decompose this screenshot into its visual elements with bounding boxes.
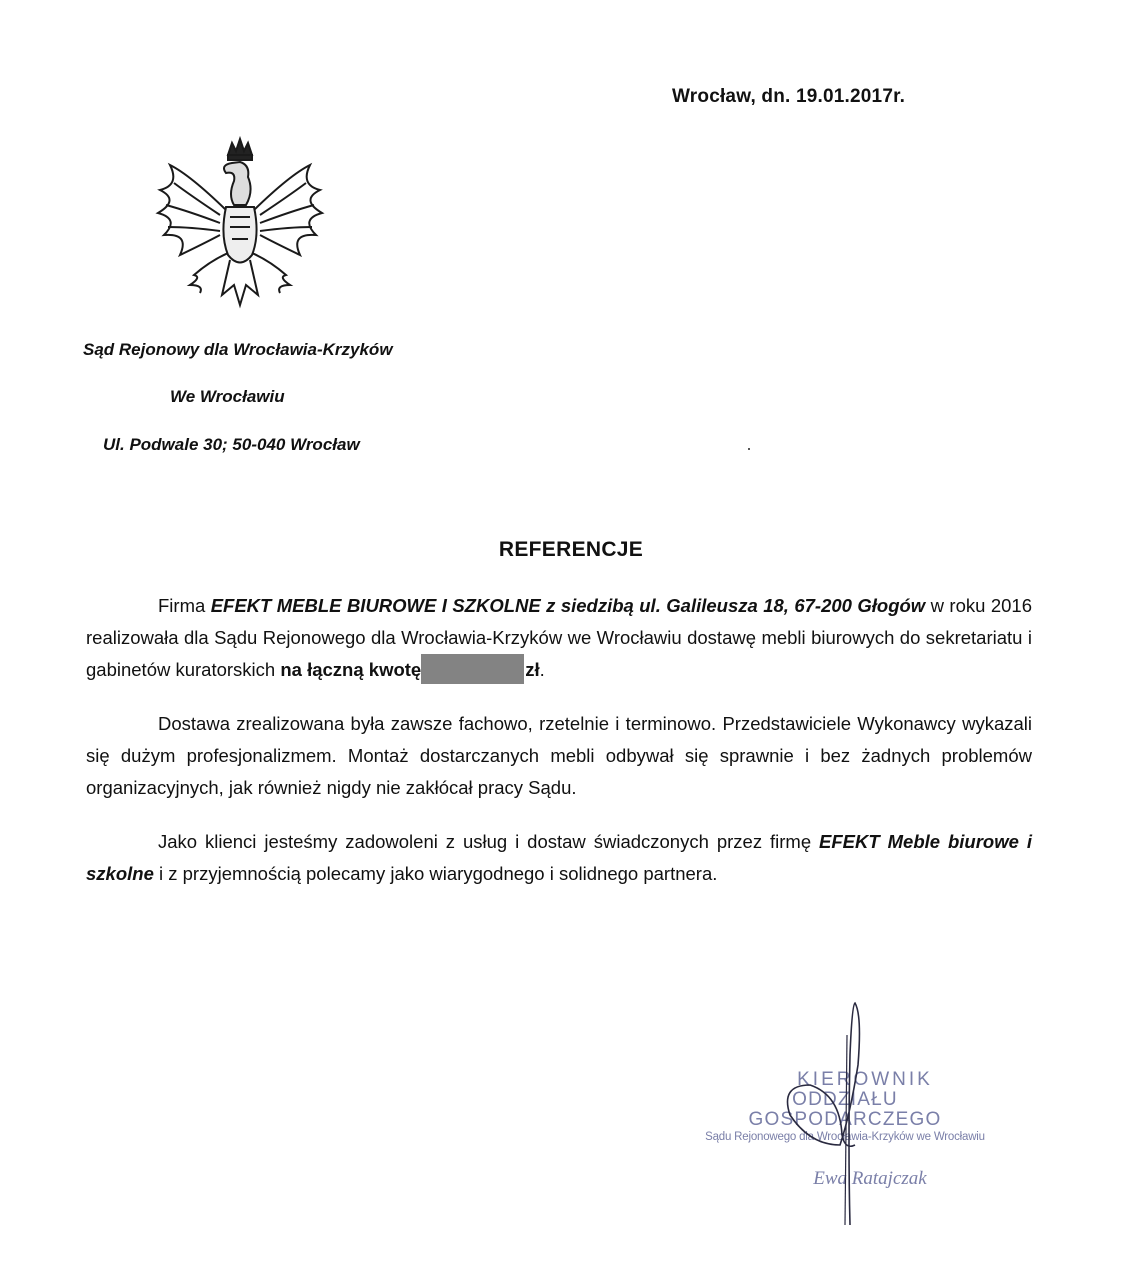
- sender-city: We Wrocławiu: [170, 387, 285, 407]
- p1-end: .: [540, 659, 545, 680]
- date-line: Wrocław, dn. 19.01.2017r.: [672, 86, 905, 108]
- redacted-amount: [421, 654, 524, 684]
- document-title: REFERENCJE: [0, 538, 1136, 562]
- company-name: EFEKT MEBLE BIUROWE I SZKOLNE z siedzibą…: [211, 595, 926, 616]
- sender-address: Ul. Podwale 30; 50-040 Wrocław: [103, 435, 360, 455]
- p1-intro: Firma: [158, 595, 211, 616]
- amount-label: na łączną kwotę: [280, 659, 421, 680]
- currency: zł: [525, 659, 539, 680]
- stray-dot: [748, 448, 750, 450]
- p3-intro: Jako klienci jesteśmy zadowoleni z usług…: [158, 831, 819, 852]
- document-title-text: REFERENCJE: [499, 538, 643, 561]
- p3-end: i z przyjemnością polecamy jako wiarygod…: [154, 863, 718, 884]
- eagle-emblem-icon: [150, 135, 330, 315]
- paragraph-1: Firma EFEKT MEBLE BIUROWE I SZKOLNE z si…: [86, 590, 1032, 686]
- paragraph-2: Dostawa zrealizowana była zawsze fachowo…: [86, 708, 1032, 804]
- signature-icon: [690, 995, 1000, 1235]
- sender-name: Sąd Rejonowy dla Wrocławia-Krzyków: [83, 340, 393, 360]
- p2-text: Dostawa zrealizowana była zawsze fachowo…: [86, 713, 1032, 798]
- paragraph-3: Jako klienci jesteśmy zadowoleni z usług…: [86, 826, 1032, 890]
